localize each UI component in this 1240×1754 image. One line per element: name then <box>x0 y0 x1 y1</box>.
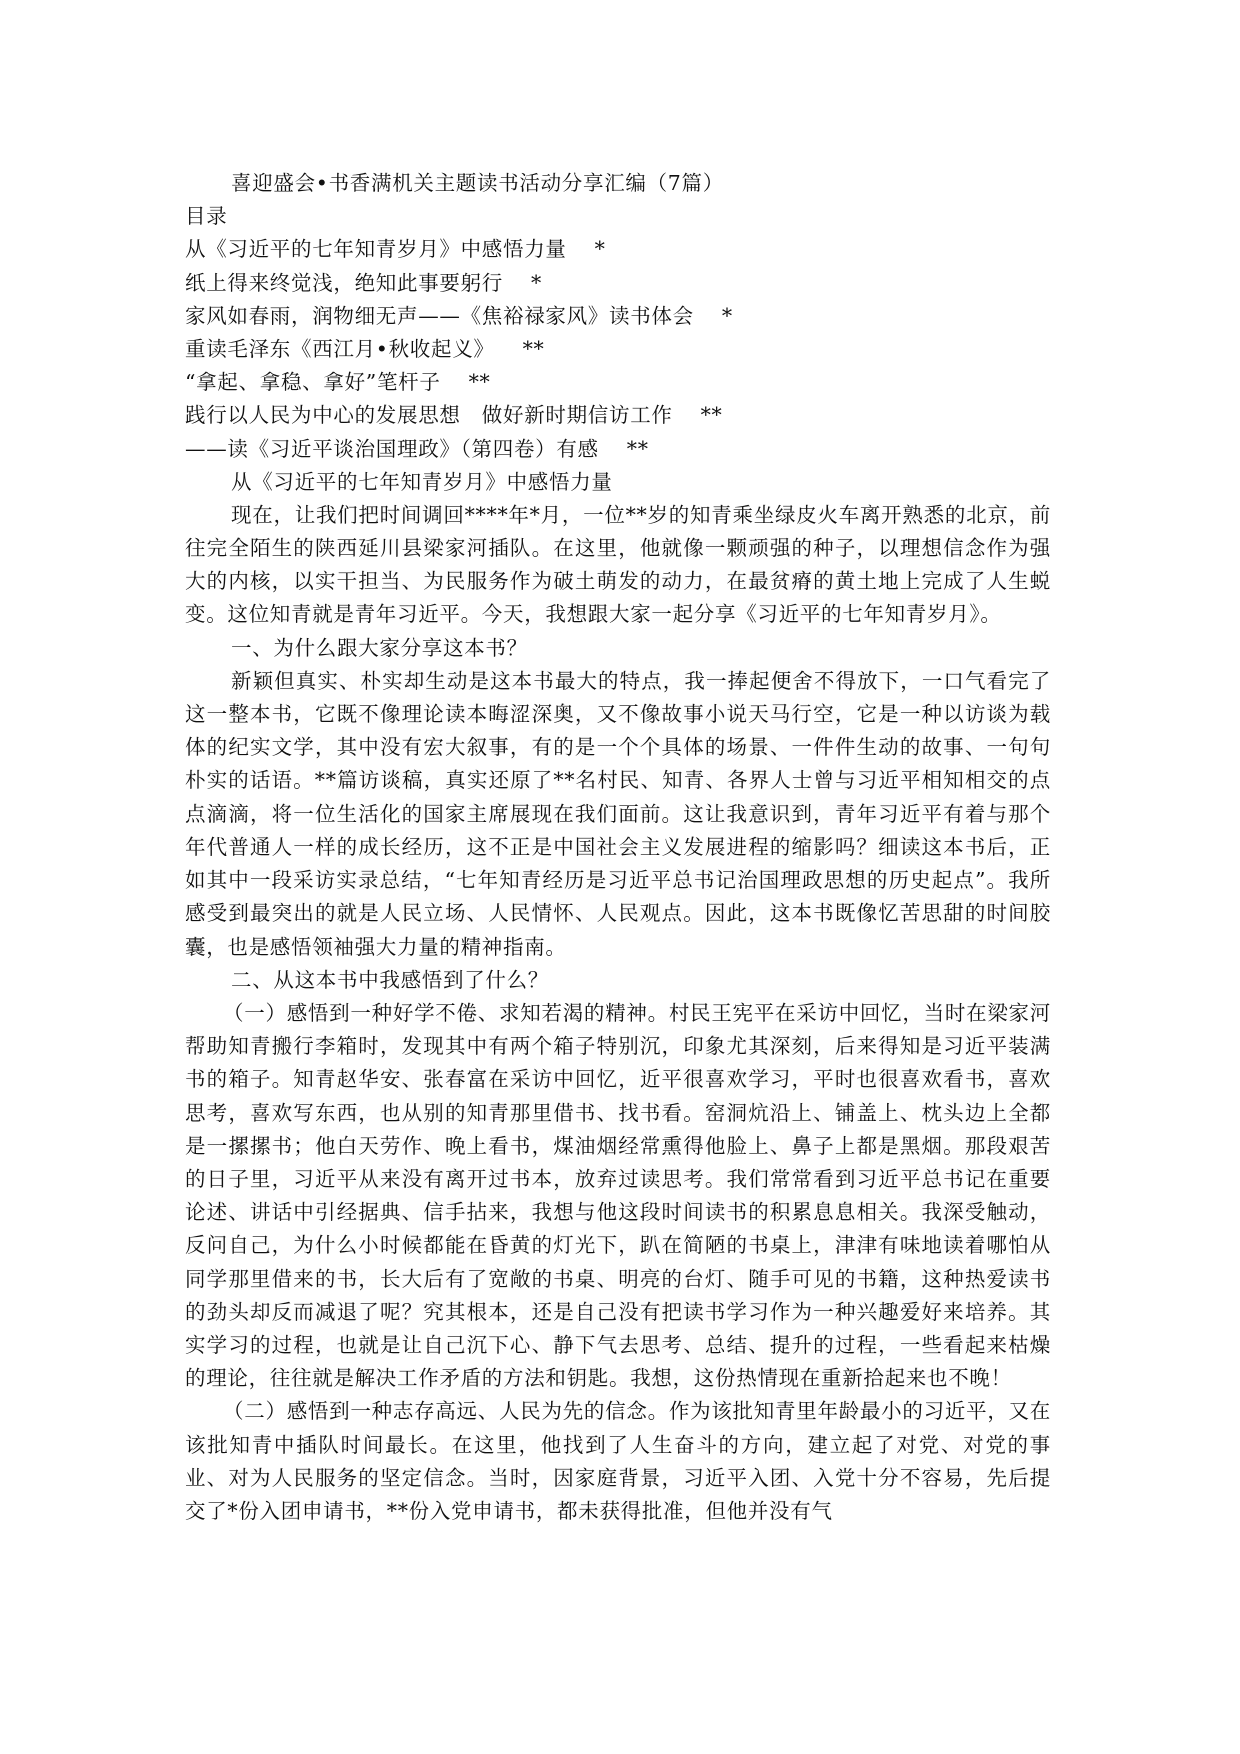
section-1-paragraph: 新颖但真实、朴实却生动是这本书最大的特点，我一捧起便舍不得放下，一口气看完了这一… <box>185 665 1051 964</box>
toc-item-label: 重读毛泽东《西江月•秋收起义》 <box>185 337 495 361</box>
toc-item-page-mark: * <box>595 237 606 261</box>
point-1-paragraph: （一）感悟到一种好学不倦、求知若渴的精神。村民王宪平在采访中回忆，当时在梁家河帮… <box>185 997 1051 1395</box>
toc-heading: 目录 <box>185 200 1051 233</box>
article-heading: 从《习近平的七年知青岁月》中感悟力量 <box>185 466 1051 499</box>
point-2-paragraph: （二）感悟到一种志存高远、人民为先的信念。作为该批知青里年龄最小的习近平，又在该… <box>185 1395 1051 1528</box>
toc-item-label: 家风如春雨，润物细无声——《焦裕禄家风》读书体会 <box>185 304 694 328</box>
toc-item-label: 从《习近平的七年知青岁月》中感悟力量 <box>185 237 567 261</box>
document-title: 喜迎盛会•书香满机关主题读书活动分享汇编（7篇） <box>185 167 1051 200</box>
toc-item: 重读毛泽东《西江月•秋收起义》** <box>185 333 1051 366</box>
section-heading-1: 一、为什么跟大家分享这本书？ <box>185 632 1051 665</box>
toc-item-page-mark: ** <box>523 337 545 361</box>
toc-item-page-mark: * <box>722 304 733 328</box>
toc-item-page-mark: * <box>531 271 542 295</box>
document-page: 喜迎盛会•书香满机关主题读书活动分享汇编（7篇） 目录 从《习近平的七年知青岁月… <box>185 167 1051 1528</box>
toc-item-page-mark: ** <box>469 370 491 394</box>
toc-item-label: 践行以人民为中心的发展思想 做好新时期信访工作 <box>185 403 673 427</box>
toc-item: 纸上得来终觉浅，绝知此事要躬行* <box>185 267 1051 300</box>
toc-item: 践行以人民为中心的发展思想 做好新时期信访工作** <box>185 399 1051 432</box>
toc-item-label: ——读《习近平谈治国理政》（第四卷）有感 <box>185 437 599 461</box>
toc-item-label: “拿起、拿稳、拿好”笔杆子 <box>185 370 441 394</box>
toc-item: 家风如春雨，润物细无声——《焦裕禄家风》读书体会* <box>185 300 1051 333</box>
toc-item: “拿起、拿稳、拿好”笔杆子** <box>185 366 1051 399</box>
toc-item: 从《习近平的七年知青岁月》中感悟力量* <box>185 233 1051 266</box>
toc-item-page-mark: ** <box>627 437 649 461</box>
toc-item: ——读《习近平谈治国理政》（第四卷）有感** <box>185 433 1051 466</box>
section-heading-2: 二、从这本书中我感悟到了什么？ <box>185 964 1051 997</box>
toc-item-page-mark: ** <box>701 403 723 427</box>
toc-item-label: 纸上得来终觉浅，绝知此事要躬行 <box>185 271 503 295</box>
article-intro-paragraph: 现在，让我们把时间调回****年*月，一位**岁的知青乘坐绿皮火车离开熟悉的北京… <box>185 499 1051 632</box>
